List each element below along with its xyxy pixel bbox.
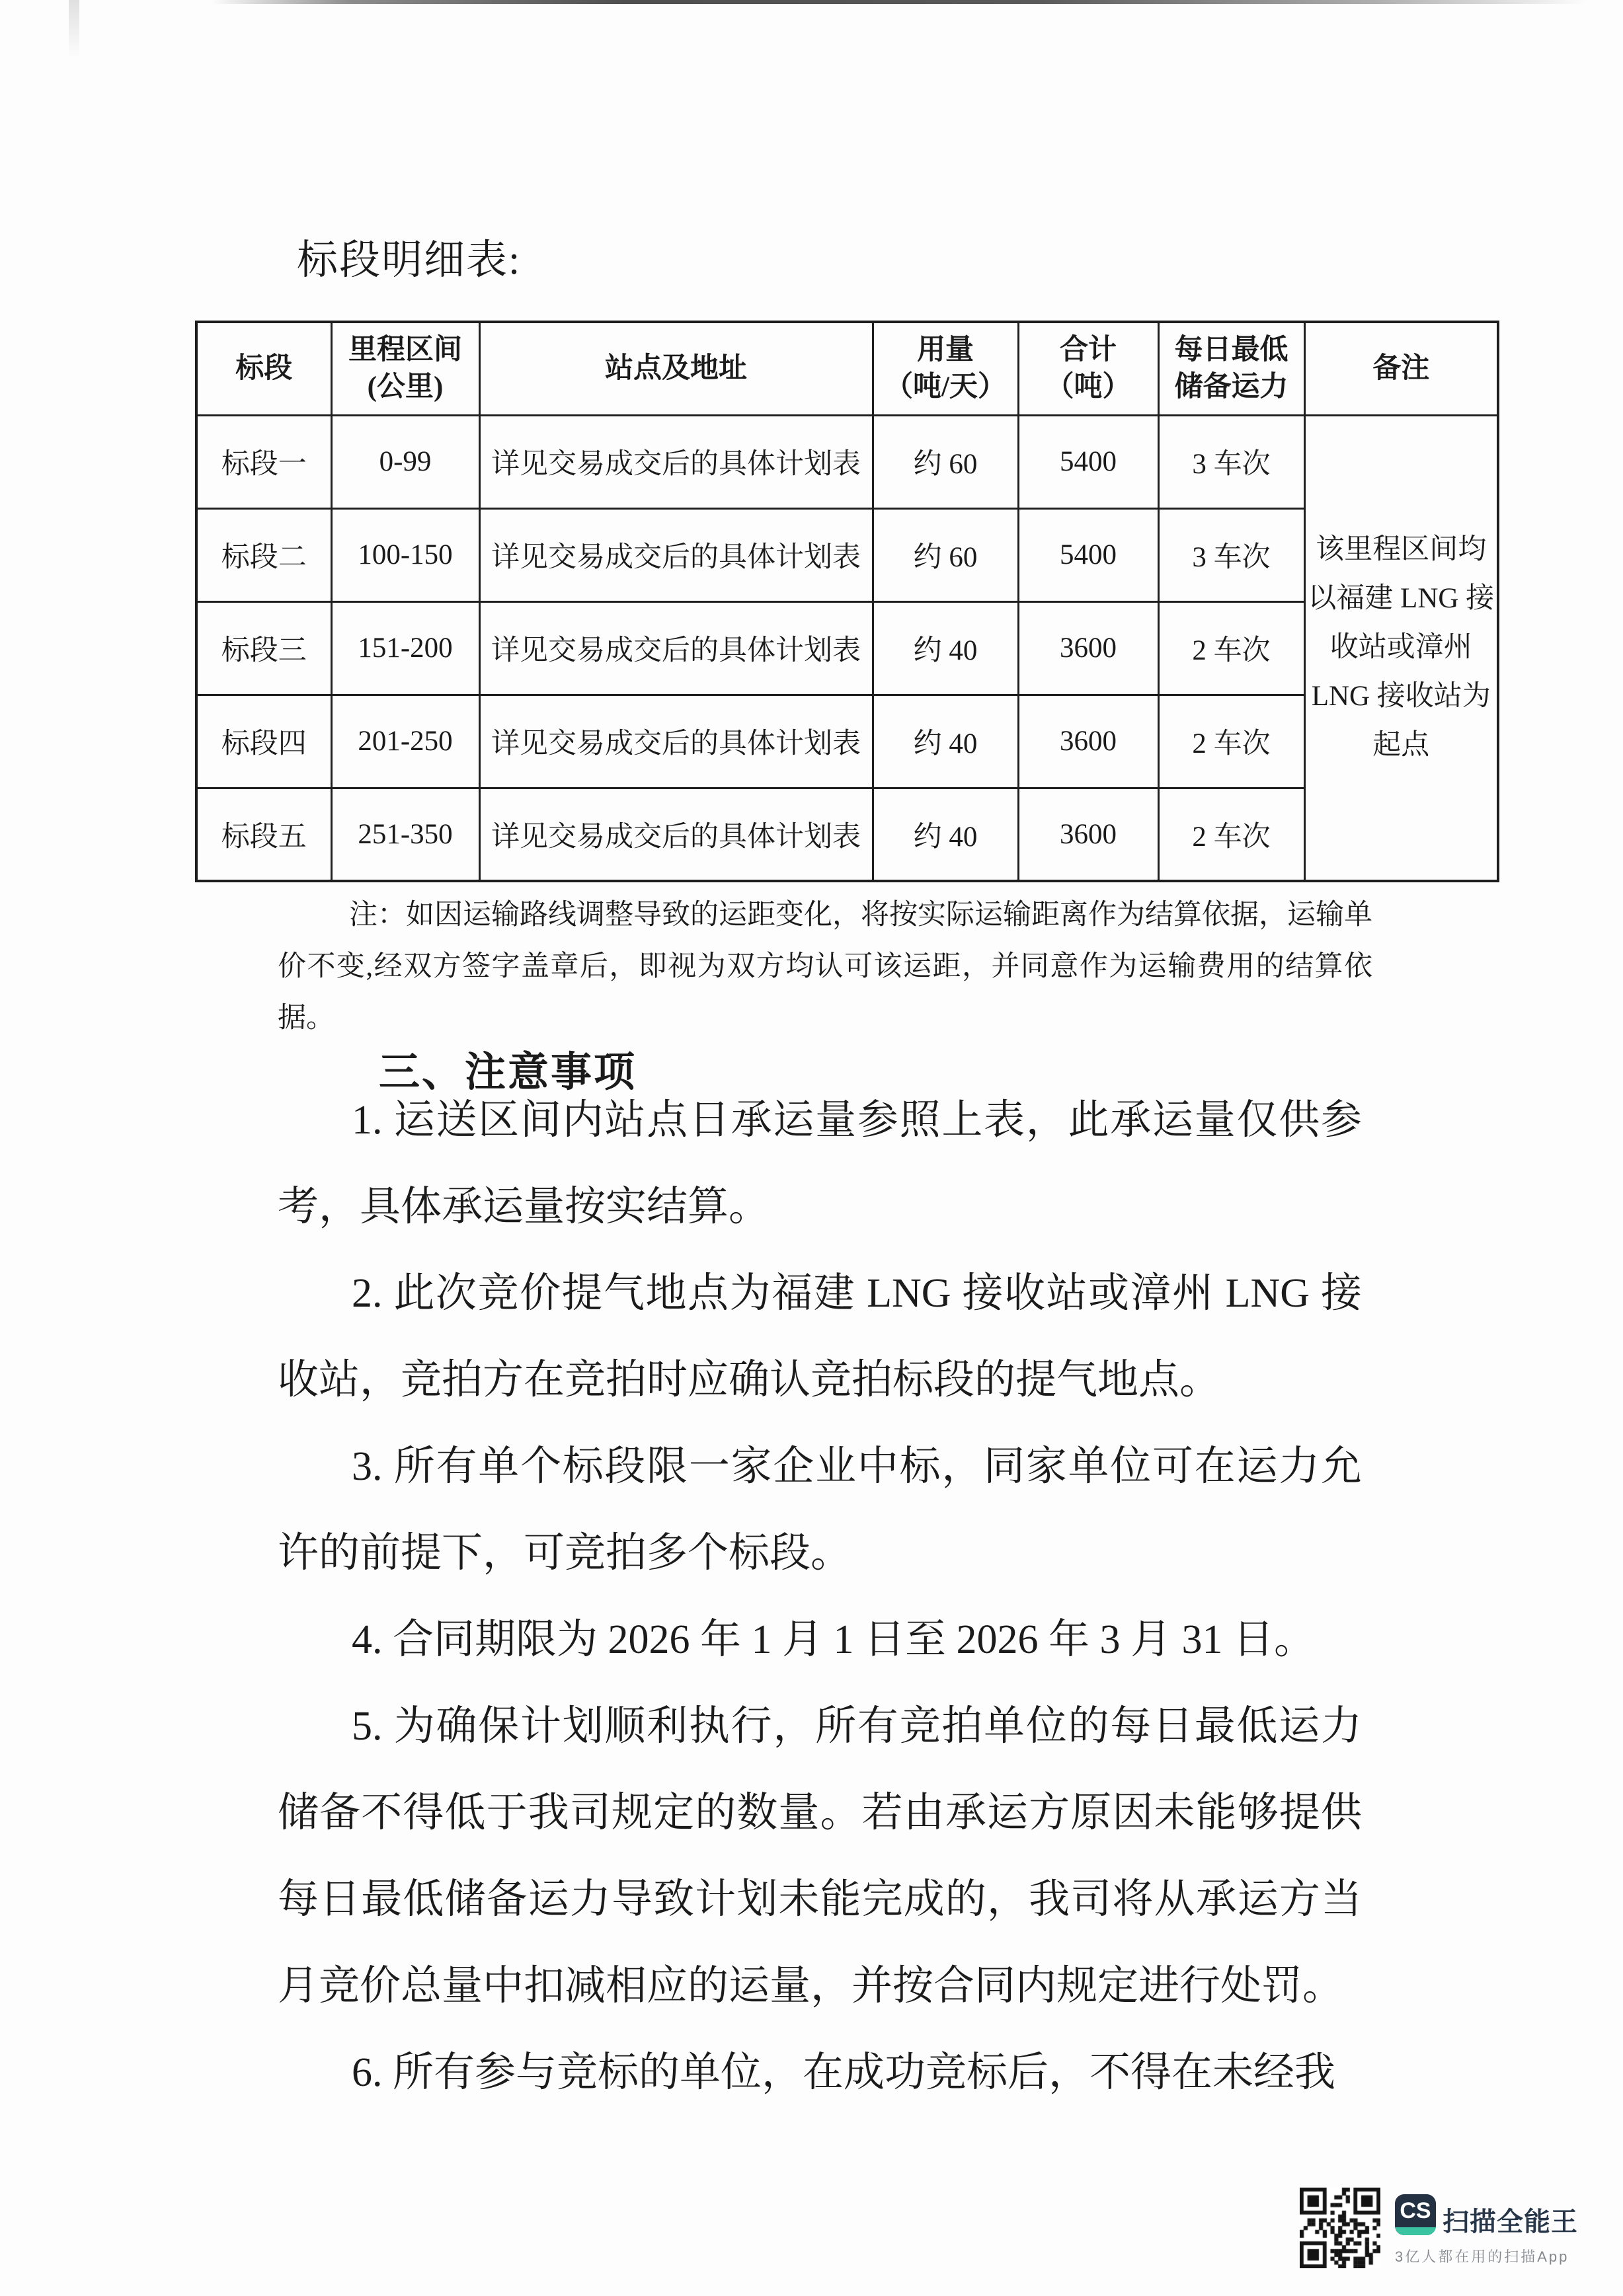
notice-item: 2. 此次竞价提气地点为福建 LNG 接收站或漳州 LNG 接收站，竞拍方在竞拍… — [278, 1250, 1362, 1424]
bid-section-cell: 标段一 — [196, 415, 331, 508]
column-header-station-address: 站点及地址 — [479, 322, 873, 415]
table-row: 标段二 100-150 详见交易成交后的具体计划表 约 60 5400 3 车次 — [196, 508, 1498, 601]
notice-item: 4. 合同期限为 2026 年 1 月 1 日至 2026 年 3 月 31 日… — [278, 1597, 1362, 1683]
mileage-range-cell: 151-200 — [331, 601, 479, 695]
min-capacity-cell: 2 车次 — [1158, 788, 1304, 881]
table-row: 标段四 201-250 详见交易成交后的具体计划表 约 40 3600 2 车次 — [196, 695, 1498, 788]
min-capacity-cell: 3 车次 — [1158, 415, 1304, 508]
mileage-range-cell: 251-350 — [331, 788, 479, 881]
daily-usage-cell: 约 40 — [873, 601, 1018, 695]
station-address-cell: 详见交易成交后的具体计划表 — [479, 415, 873, 508]
qr-code — [1300, 2188, 1380, 2268]
table-row: 标段一 0-99 详见交易成交后的具体计划表 约 60 5400 3 车次 该里… — [196, 415, 1498, 508]
daily-usage-cell: 约 40 — [873, 788, 1018, 881]
bid-section-cell: 标段五 — [196, 788, 331, 881]
table-header-row: 标段 里程区间(公里) 站点及地址 用量（吨/天） 合计（吨） 每日最低储备运力… — [196, 322, 1498, 415]
daily-usage-cell: 约 60 — [873, 415, 1018, 508]
table-note: 注：如因运输路线调整导致的运距变化，将按实际运输距离作为结算依据，运输单价不变,… — [278, 890, 1372, 1044]
remark-cell: 该里程区间均以福建 LNG 接收站或漳州 LNG 接收站为起点 — [1304, 415, 1498, 881]
notice-list: 1. 运送区间内站点日承运量参照上表，此承运量仅供参考，具体承运量按实结算。 2… — [278, 1077, 1362, 2116]
total-cell: 5400 — [1018, 415, 1158, 508]
station-address-cell: 详见交易成交后的具体计划表 — [479, 695, 873, 788]
column-header-bid-section: 标段 — [196, 322, 331, 415]
total-cell: 3600 — [1018, 601, 1158, 695]
camscanner-subtitle: 3亿人都在用的扫描App — [1395, 2246, 1569, 2266]
logo-cs-text: CS — [1395, 2194, 1436, 2227]
column-header-mileage-range: 里程区间(公里) — [331, 322, 479, 415]
column-header-daily-usage: 用量（吨/天） — [873, 322, 1018, 415]
mileage-range-cell: 0-99 — [331, 415, 479, 508]
notice-item: 1. 运送区间内站点日承运量参照上表，此承运量仅供参考，具体承运量按实结算。 — [278, 1077, 1362, 1250]
mileage-range-cell: 201-250 — [331, 695, 479, 788]
bid-sections-table: 标段 里程区间(公里) 站点及地址 用量（吨/天） 合计（吨） 每日最低储备运力… — [195, 321, 1499, 882]
min-capacity-cell: 3 车次 — [1158, 508, 1304, 601]
scan-artifact-top-line — [212, 0, 1587, 4]
scan-artifact-left-smudge — [69, 0, 79, 58]
notice-item: 5. 为确保计划顺利执行，所有竞拍单位的每日最低运力储备不得低于我司规定的数量。… — [278, 1683, 1362, 2030]
min-capacity-cell: 2 车次 — [1158, 601, 1304, 695]
camscanner-logo: CS — [1395, 2194, 1436, 2235]
notice-item: 6. 所有参与竞标的单位，在成功竞标后，不得在未经我 — [278, 2030, 1362, 2116]
daily-usage-cell: 约 60 — [873, 508, 1018, 601]
column-header-remark: 备注 — [1304, 322, 1498, 415]
table-row: 标段五 251-350 详见交易成交后的具体计划表 约 40 3600 2 车次 — [196, 788, 1498, 881]
min-capacity-cell: 2 车次 — [1158, 695, 1304, 788]
mileage-range-cell: 100-150 — [331, 508, 479, 601]
station-address-cell: 详见交易成交后的具体计划表 — [479, 788, 873, 881]
notice-item: 3. 所有单个标段限一家企业中标，同家单位可在运力允许的前提下，可竞拍多个标段。 — [278, 1424, 1362, 1597]
bid-section-cell: 标段四 — [196, 695, 331, 788]
station-address-cell: 详见交易成交后的具体计划表 — [479, 508, 873, 601]
page-title: 标段明细表: — [297, 230, 521, 291]
bid-section-cell: 标段二 — [196, 508, 331, 601]
table-row: 标段三 151-200 详见交易成交后的具体计划表 约 40 3600 2 车次 — [196, 601, 1498, 695]
bid-section-cell: 标段三 — [196, 601, 331, 695]
column-header-min-capacity: 每日最低储备运力 — [1158, 322, 1304, 415]
logo-teal-strip — [1395, 2227, 1436, 2235]
daily-usage-cell: 约 40 — [873, 695, 1018, 788]
camscanner-brand-text: 扫描全能王 — [1443, 2201, 1578, 2239]
column-header-total: 合计（吨） — [1018, 322, 1158, 415]
total-cell: 5400 — [1018, 508, 1158, 601]
station-address-cell: 详见交易成交后的具体计划表 — [479, 601, 873, 695]
total-cell: 3600 — [1018, 695, 1158, 788]
total-cell: 3600 — [1018, 788, 1158, 881]
